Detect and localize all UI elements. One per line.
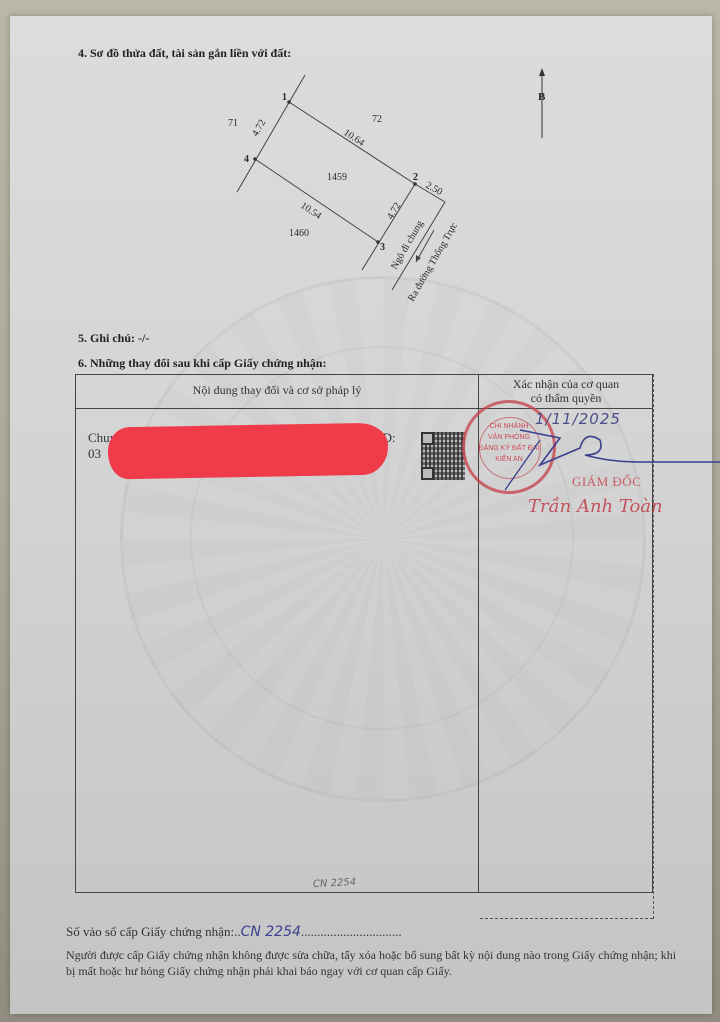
vertex-3-label: 3 (380, 242, 385, 253)
parcel-1460-label: 1460 (289, 228, 309, 239)
section-6-title: 6. Những thay đổi sau khi cấp Giấy chứng… (78, 356, 326, 371)
dashed-border-bottom (480, 918, 653, 919)
stamp-line-2: VĂN PHÒNG (465, 432, 553, 443)
signer-name: Trần Anh Toàn (528, 496, 663, 517)
edge-4-1-label: 4.72 (250, 118, 268, 139)
stamp-line-3: ĐĂNG KÝ ĐẤT ĐAI (465, 443, 553, 454)
registration-number: CN 2254 (241, 924, 301, 940)
north-label: B (538, 91, 546, 103)
parcel-diagram: B 1 2 3 4 71 72 1459 1460 4.72 10.64 10.… (0, 0, 720, 320)
dashed-border-right (653, 374, 654, 919)
qr-code-icon (421, 432, 465, 480)
redaction-mark (108, 423, 389, 480)
stamp-line-4: KIẾN AN (465, 454, 553, 465)
north-arrow-icon: B (538, 68, 546, 138)
parcel-71-label: 71 (228, 118, 238, 129)
edge-2-3-label: 4.72 (385, 201, 403, 222)
signer-title: GIÁM ĐỐC (572, 474, 641, 490)
handwritten-date: 1/11/2025 (535, 410, 621, 428)
parcel-number-label: 1459 (327, 172, 347, 183)
edge-1-2-label: 10.64 (341, 127, 366, 148)
vertex-1-label: 1 (282, 92, 287, 103)
footer-notice: Người được cấp Giấy chứng nhận không đượ… (66, 947, 686, 979)
column-header-confirmation-line1: Xác nhận của cơ quan (478, 377, 654, 391)
vertex-4-label: 4 (244, 154, 249, 165)
registration-label: Số vào sổ cấp Giấy chứng nhận: (66, 924, 234, 939)
table-header-divider (76, 408, 652, 409)
vertex-2-label: 2 (413, 172, 418, 183)
parcel-72-label: 72 (372, 114, 382, 125)
column-header-changes: Nội dung thay đổi và cơ sở pháp lý (76, 383, 478, 398)
edge-3-4-label: 10.54 (298, 200, 323, 221)
section-5-title: 5. Ghi chú: -/- (78, 331, 149, 346)
registration-line: Số vào sổ cấp Giấy chứng nhận:..CN 2254.… (66, 924, 402, 940)
handwritten-note: CN 2254 (313, 877, 357, 890)
